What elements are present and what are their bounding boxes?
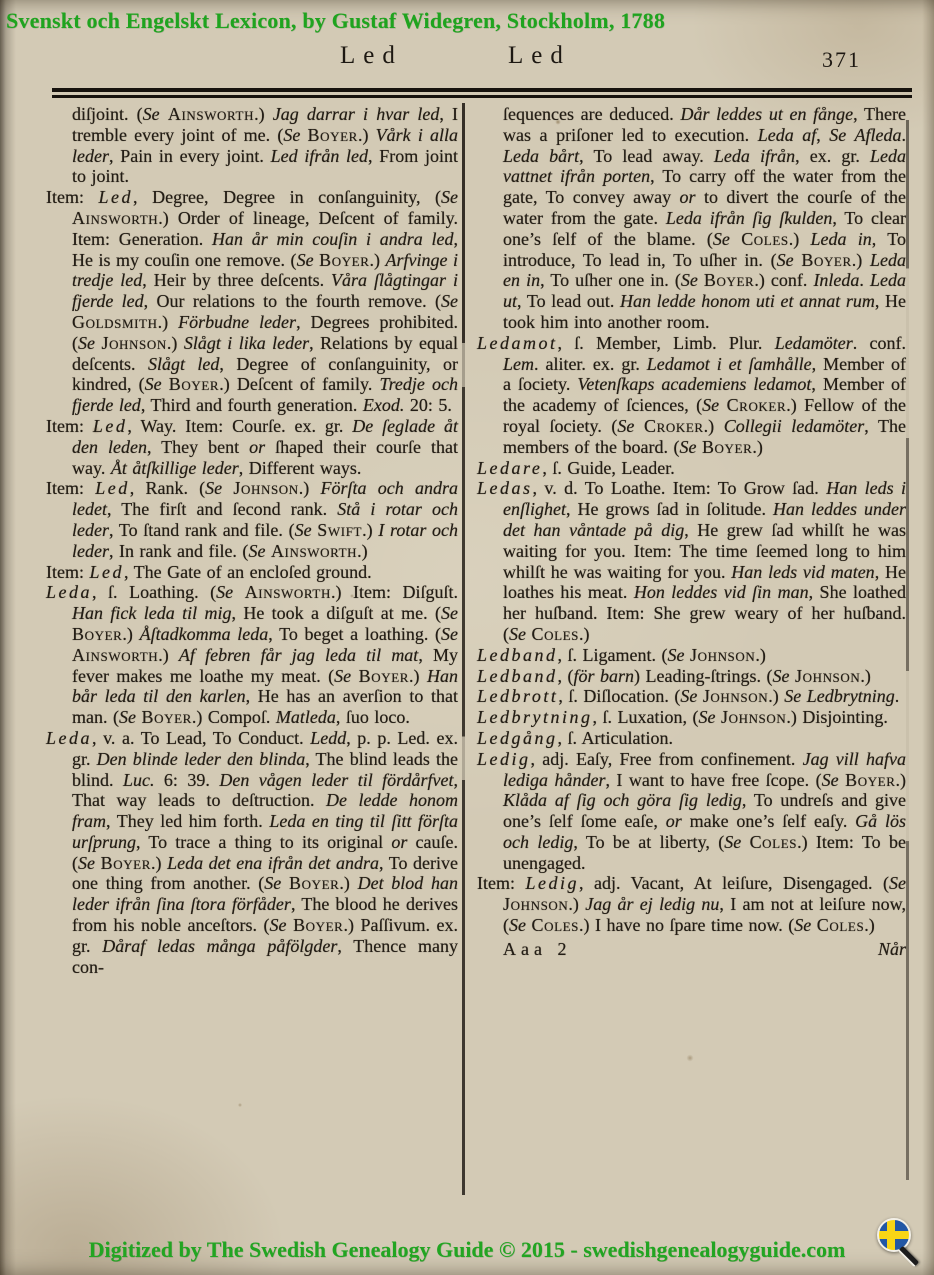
author-reference: Boyer bbox=[101, 853, 151, 873]
italic-phrase: Se bbox=[680, 686, 697, 706]
author-reference: Ainsworth bbox=[72, 645, 158, 665]
italic-phrase: or bbox=[666, 811, 682, 831]
author-reference: Coles bbox=[817, 915, 865, 935]
italic-phrase: Ledamot i et ſamhålle bbox=[647, 354, 812, 374]
headword: Ledband bbox=[477, 666, 558, 686]
dictionary-paragraph: Leda, v. a. To Lead, To Conduct. Ledd, p… bbox=[46, 728, 458, 978]
author-reference: Swift bbox=[317, 520, 362, 540]
author-reference: Boyer bbox=[72, 624, 122, 644]
italic-phrase: Se Ledbrytning bbox=[784, 686, 895, 706]
running-head-left: Led bbox=[340, 42, 403, 70]
author-reference: Boyer bbox=[702, 437, 752, 457]
author-reference: Ainsworth bbox=[271, 541, 357, 561]
italic-phrase: Åſtadkomma leda bbox=[140, 624, 269, 644]
headword: Ledare bbox=[477, 458, 542, 478]
author-reference: Coles bbox=[532, 624, 580, 644]
running-head-right: Led bbox=[508, 42, 571, 70]
dictionary-paragraph: Item: Led, Way. Item: Courſe. ex. gr. De… bbox=[46, 416, 458, 478]
italic-phrase: Se bbox=[283, 125, 300, 145]
author-reference: Coles bbox=[532, 915, 580, 935]
dictionary-paragraph: ſequences are deduced. Dår leddes ut en … bbox=[477, 104, 906, 333]
italic-phrase: Exod. bbox=[363, 395, 404, 415]
italic-phrase: Den vågen leder til fördårfvet bbox=[219, 770, 453, 790]
digitization-credit: Digitized by The Swedish Genealogy Guide… bbox=[0, 1237, 934, 1263]
headword: Led bbox=[95, 478, 130, 498]
italic-phrase: Se bbox=[509, 915, 526, 935]
colophon-line: Aaa 2Når bbox=[477, 939, 906, 960]
italic-phrase: Ledamöter bbox=[775, 333, 853, 353]
italic-phrase: Se bbox=[295, 520, 312, 540]
italic-phrase: Se bbox=[216, 582, 233, 602]
italic-phrase: Se bbox=[772, 666, 789, 686]
author-reference: Croker bbox=[644, 416, 704, 436]
italic-phrase: Se bbox=[822, 770, 839, 790]
right-column: ſequences are deduced. Dår leddes ut en … bbox=[477, 104, 906, 977]
scan-source-title: Svenskt och Engelskt Lexicon, by Gustaf … bbox=[6, 8, 665, 34]
dictionary-paragraph: Item: Led, Rank. (Se Johnson.) Förſta oc… bbox=[46, 478, 458, 561]
italic-phrase: Förbudne leder bbox=[178, 312, 296, 332]
italic-phrase: Leda in bbox=[811, 229, 872, 249]
italic-phrase: Se bbox=[681, 270, 698, 290]
italic-phrase: Se bbox=[509, 624, 526, 644]
author-reference: Coles bbox=[750, 832, 798, 852]
headword: Ledbrott bbox=[477, 686, 558, 706]
italic-phrase: Åt åtſkillige leder bbox=[111, 458, 239, 478]
author-reference: Boyer bbox=[169, 374, 219, 394]
italic-phrase: or bbox=[680, 187, 696, 207]
italic-phrase: Se bbox=[713, 229, 730, 249]
author-reference: Ainsworth bbox=[168, 104, 254, 124]
italic-phrase: Hon leddes vid ſin man bbox=[634, 582, 809, 602]
italic-phrase: Se bbox=[248, 541, 265, 561]
italic-phrase: Leda ifrån bbox=[714, 146, 795, 166]
italic-phrase: Luc. bbox=[123, 770, 155, 790]
italic-phrase: Se bbox=[205, 478, 222, 498]
page-number: 371 bbox=[822, 47, 861, 73]
author-reference: Croker bbox=[727, 395, 787, 415]
headword: Led bbox=[90, 562, 125, 582]
italic-phrase: Dåraf ledas många påfölgder bbox=[102, 936, 337, 956]
right-margin-rule bbox=[906, 120, 909, 1180]
headword: Led bbox=[93, 416, 128, 436]
headword: Ledgång bbox=[477, 728, 558, 748]
italic-phrase: Se Afleda bbox=[829, 125, 901, 145]
italic-phrase: or bbox=[249, 437, 265, 457]
italic-phrase: Se bbox=[143, 104, 160, 124]
author-reference: Johnson bbox=[703, 686, 768, 706]
dictionary-paragraph: Ledas, v. d. To Loathe. Item: To Grow ſa… bbox=[477, 478, 906, 644]
italic-phrase: Se bbox=[334, 666, 351, 686]
author-reference: Boyer bbox=[359, 666, 409, 686]
author-reference: Coles bbox=[741, 229, 789, 249]
author-reference: Boyer bbox=[308, 125, 358, 145]
italic-phrase: Gå lös och ledig bbox=[503, 811, 906, 852]
italic-phrase: Se bbox=[441, 187, 458, 207]
italic-phrase: Han år min couſin i andra led bbox=[212, 229, 454, 249]
italic-phrase: Jag darrar i hvar led bbox=[273, 104, 440, 124]
dictionary-paragraph: Ledare, ſ. Guide, Leader. bbox=[477, 458, 906, 479]
italic-phrase: Klåda af ſig och göra ſig ledig bbox=[503, 790, 742, 810]
italic-phrase: Se bbox=[270, 915, 287, 935]
headword: Ledig bbox=[477, 749, 531, 769]
italic-phrase: Se bbox=[617, 416, 634, 436]
italic-phrase: Se bbox=[441, 624, 458, 644]
italic-phrase: Se bbox=[777, 250, 794, 270]
italic-phrase: Leda bårt bbox=[503, 146, 579, 166]
headword: Ledas bbox=[477, 478, 533, 498]
italic-phrase: Han fick leda til mig bbox=[72, 603, 231, 623]
dictionary-paragraph: Ledig, adj. Eaſy, Free from confinement.… bbox=[477, 749, 906, 874]
italic-phrase: I rotar och leder bbox=[72, 520, 458, 561]
italic-phrase: Se bbox=[78, 333, 95, 353]
dictionary-paragraph: Leda, ſ. Loathing. (Se Ainsworth.) Item:… bbox=[46, 582, 458, 728]
left-column: diſjoint. (Se Ainsworth.) Jag darrar i h… bbox=[46, 104, 458, 977]
dictionary-paragraph: diſjoint. (Se Ainsworth.) Jag darrar i h… bbox=[46, 104, 458, 187]
italic-phrase: Inleda bbox=[813, 270, 859, 290]
italic-phrase: Collegii ledamöter bbox=[724, 416, 865, 436]
italic-phrase: Se bbox=[702, 395, 719, 415]
author-reference: Boyer bbox=[801, 250, 851, 270]
italic-phrase: Den blinde leder den blinda bbox=[97, 749, 306, 769]
italic-phrase: Se bbox=[441, 291, 458, 311]
scanned-dictionary-page: Svenskt och Engelskt Lexicon, by Gustaf … bbox=[0, 0, 934, 1275]
italic-phrase: Ledd bbox=[310, 728, 346, 748]
italic-phrase: or bbox=[391, 832, 407, 852]
italic-phrase: för barn bbox=[574, 666, 635, 686]
italic-phrase: Vetenſkaps academiens ledamot bbox=[577, 374, 811, 394]
headword: Ledbrytning bbox=[477, 707, 593, 727]
swedish-flag-magnifier-icon bbox=[877, 1218, 911, 1252]
author-reference: Ainsworth bbox=[72, 208, 158, 228]
italic-phrase: Se bbox=[667, 645, 684, 665]
italic-phrase: Se bbox=[441, 603, 458, 623]
author-reference: Boyer bbox=[293, 915, 343, 935]
italic-phrase: Se bbox=[297, 250, 314, 270]
dictionary-paragraph: Ledbrytning, ſ. Luxation, (Se Johnson.) … bbox=[477, 707, 906, 728]
dictionary-paragraph: Item: Led, Degree, Degree in conſanguini… bbox=[46, 187, 458, 416]
author-reference: Boyer bbox=[319, 250, 369, 270]
headword: Ledamot bbox=[477, 333, 558, 353]
author-reference: Johnson bbox=[721, 707, 786, 727]
author-reference: Boyer bbox=[845, 770, 895, 790]
dictionary-paragraph: Ledband, (för barn) Leading-ſtrings. (Se… bbox=[477, 666, 906, 687]
italic-phrase: Se bbox=[698, 707, 715, 727]
italic-phrase: Se bbox=[264, 873, 281, 893]
author-reference: Johnson bbox=[101, 333, 166, 353]
headword: Leda bbox=[46, 582, 92, 602]
headword: Ledband bbox=[477, 645, 558, 665]
italic-phrase: Se bbox=[145, 374, 162, 394]
italic-phrase: De ſeglade åt den leden bbox=[72, 416, 458, 457]
headword: Leda bbox=[46, 728, 92, 748]
author-reference: Boyer bbox=[141, 707, 191, 727]
text-columns: diſjoint. (Se Ainsworth.) Jag darrar i h… bbox=[46, 104, 906, 977]
author-reference: Ainsworth bbox=[245, 582, 331, 602]
header-double-rule bbox=[52, 88, 912, 98]
italic-phrase: Dår leddes ut en fånge bbox=[680, 104, 853, 124]
italic-phrase: Lem bbox=[503, 354, 534, 374]
author-reference: Johnson bbox=[233, 478, 298, 498]
italic-phrase: Se bbox=[119, 707, 136, 727]
italic-phrase: Led ifrån led bbox=[271, 146, 368, 166]
italic-phrase: Jag år ej ledig nu bbox=[585, 894, 719, 914]
italic-phrase: Slågt i lika leder bbox=[184, 333, 309, 353]
dictionary-paragraph: Item: Led, The Gate of an encloſed groun… bbox=[46, 562, 458, 583]
italic-phrase: Se bbox=[78, 853, 95, 873]
italic-phrase: Leda af bbox=[758, 125, 817, 145]
author-reference: Boyer bbox=[704, 270, 754, 290]
italic-phrase: Han ledde honom uti et annat rum bbox=[620, 291, 875, 311]
italic-phrase: Se bbox=[794, 915, 811, 935]
dictionary-paragraph: Ledbrott, ſ. Diſlocation. (Se Johnson.) … bbox=[477, 686, 906, 707]
italic-phrase: Vårk i alla leder bbox=[72, 125, 458, 166]
headword: Led bbox=[99, 187, 134, 207]
dictionary-paragraph: Ledamot, ſ. Member, Limb. Plur. Ledamöte… bbox=[477, 333, 906, 458]
italic-phrase: Se bbox=[889, 873, 906, 893]
author-reference: Johnson bbox=[795, 666, 860, 686]
catchword: Når bbox=[878, 939, 906, 960]
italic-phrase: Slågt led bbox=[148, 354, 219, 374]
italic-phrase: Leda det ena ifrån det andra bbox=[167, 853, 379, 873]
signature-mark: Aaa 2 bbox=[503, 939, 571, 960]
author-reference: Johnson bbox=[690, 645, 755, 665]
italic-phrase: Matleda bbox=[276, 707, 336, 727]
italic-phrase: Se bbox=[724, 832, 741, 852]
author-reference: Boyer bbox=[289, 873, 339, 893]
author-reference: Johnson bbox=[503, 894, 568, 914]
italic-phrase: Leda ifrån ſig ſkulden bbox=[666, 208, 833, 228]
italic-phrase: Han leds vid maten bbox=[731, 562, 874, 582]
author-reference: Goldsmith bbox=[72, 312, 158, 332]
italic-phrase: Af febren får jag leda til mat bbox=[179, 645, 418, 665]
italic-phrase: Se bbox=[679, 437, 696, 457]
dictionary-paragraph: Item: Ledig, adj. Vacant, At leiſure, Di… bbox=[477, 873, 906, 935]
dictionary-paragraph: Ledband, ſ. Ligament. (Se Johnson.) bbox=[477, 645, 906, 666]
dictionary-paragraph: Ledgång, ſ. Articulation. bbox=[477, 728, 906, 749]
headword: Ledig bbox=[525, 873, 579, 893]
